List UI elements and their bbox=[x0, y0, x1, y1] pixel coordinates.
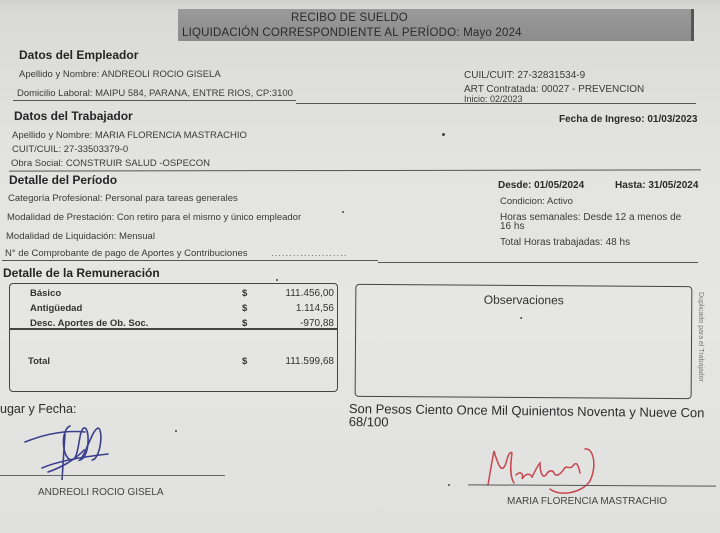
remuneration-table: Básico $ 111.456,00 Antigüedad $ 1.114,5… bbox=[9, 283, 338, 392]
receipt-title: RECIBO DE SUELDO bbox=[291, 12, 408, 24]
service-modality: Modalidad de Prestación: Con retiro para… bbox=[7, 212, 301, 223]
item-currency: $ bbox=[242, 288, 247, 299]
paper-speck bbox=[175, 430, 177, 432]
paper-speck bbox=[342, 211, 344, 213]
observations-box: Observaciones bbox=[355, 284, 693, 399]
total-hours-worked: Total Horas trabajadas: 48 hs bbox=[500, 237, 630, 248]
worker-signature bbox=[480, 443, 610, 498]
paper-speck bbox=[520, 317, 522, 319]
table-divider bbox=[10, 328, 337, 330]
employer-section-title: Datos del Empleador bbox=[19, 48, 138, 62]
worker-name: Apellido y Nombre: MARIA FLORENCIA MASTR… bbox=[12, 130, 247, 141]
employer-name: Apellido y Nombre: ANDREOLI ROCIO GISELA bbox=[19, 69, 221, 80]
divider bbox=[378, 262, 698, 263]
payment-receipt-number-value: ..................... bbox=[271, 248, 347, 259]
worker-cuit: CUIT/CUIL: 27-33503379-0 bbox=[12, 144, 128, 155]
weekly-hours: Horas semanales: Desde 12 a menos de bbox=[500, 212, 681, 223]
employer-signatory-name: ANDREOLI ROCIO GISELA bbox=[38, 487, 164, 498]
receipt-period: LIQUIDACIÓN CORRESPONDIENTE AL PERÍODO: … bbox=[182, 27, 522, 39]
employer-signature-line bbox=[0, 475, 225, 476]
worker-signatory-name: MARIA FLORENCIA MASTRACHIO bbox=[507, 496, 667, 507]
item-currency: $ bbox=[242, 303, 247, 314]
item-label: Antigüedad bbox=[30, 303, 82, 314]
payment-receipt-number-label: N° de Comprobante de pago de Aportes y C… bbox=[5, 248, 248, 259]
employer-signature bbox=[20, 420, 120, 480]
total-amount: 111.599,68 bbox=[285, 356, 334, 367]
worker-section-title: Datos del Trabajador bbox=[14, 109, 133, 123]
item-amount: 111.456,00 bbox=[285, 288, 334, 299]
divider bbox=[2, 260, 378, 261]
weekly-hours-cont: 16 hs bbox=[500, 221, 524, 232]
period-section-title: Detalle del Período bbox=[9, 173, 117, 187]
receipt-header: RECIBO DE SUELDO LIQUIDACIÓN CORRESPONDI… bbox=[178, 9, 694, 41]
observations-title: Observaciones bbox=[356, 292, 691, 308]
duplicate-note: Duplicado para el Trabajador bbox=[697, 292, 704, 382]
total-currency: $ bbox=[242, 356, 247, 367]
item-label: Básico bbox=[30, 288, 61, 299]
employer-address: Domicilio Laboral: MAIPU 584, PARANA, EN… bbox=[17, 88, 293, 99]
divider bbox=[9, 169, 701, 171]
worker-start-date: Fecha de Ingreso: 01/03/2023 bbox=[559, 114, 697, 125]
divider bbox=[13, 100, 296, 101]
worker-health-insurance: Obra Social: CONSTRUIR SALUD -OSPECON bbox=[11, 158, 210, 169]
remuneration-section-title: Detalle de la Remuneración bbox=[3, 266, 160, 280]
divider bbox=[296, 103, 696, 104]
item-amount: 1.114,56 bbox=[296, 303, 334, 314]
total-label: Total bbox=[28, 356, 50, 367]
settlement-modality: Modalidad de Liquidación: Mensual bbox=[6, 231, 155, 242]
employer-cuit: CUIL/CUIT: 27-32831534-9 bbox=[464, 70, 585, 81]
period-to: Hasta: 31/05/2024 bbox=[615, 180, 698, 191]
professional-category: Categoría Profesional: Personal para tar… bbox=[8, 193, 238, 204]
amount-in-words: Son Pesos Ciento Once Mil Quinientos Nov… bbox=[349, 402, 705, 432]
place-and-date-label: ugar y Fecha: bbox=[0, 402, 76, 416]
period-from: Desde: 01/05/2024 bbox=[498, 180, 584, 191]
paper-speck bbox=[442, 133, 445, 136]
paper-speck bbox=[448, 484, 450, 486]
worker-condition: Condicion: Activo bbox=[500, 196, 573, 207]
paper-speck bbox=[276, 279, 278, 281]
